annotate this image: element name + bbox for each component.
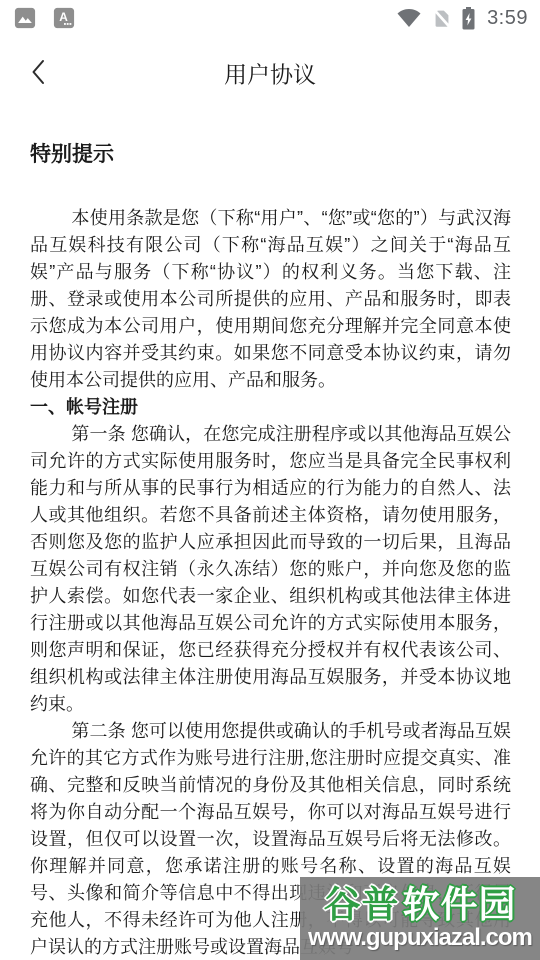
status-time: 3:59: [487, 7, 528, 30]
back-chevron-icon: [26, 58, 52, 89]
section-heading-special-notice: 特别提示: [30, 143, 511, 167]
no-sim-icon: [431, 7, 453, 29]
status-bar: A: [0, 0, 540, 36]
input-method-a-icon: A: [53, 7, 75, 29]
page-title: 用户协议: [224, 57, 316, 90]
app-screen: A: [0, 0, 540, 960]
watermark-logo-ruanjianyuan: 软件园: [403, 886, 517, 923]
back-button[interactable]: [18, 52, 60, 94]
watermark-logo: 谷普 软件园: [324, 886, 517, 923]
agreement-paragraph: 本使用条款是您（下称“用户”、“您”或“您的”）与武汉海品互娱科技有限公司（下称…: [30, 205, 511, 394]
watermark-url: www.gupuxiazal.com: [308, 924, 532, 952]
section-heading-account-registration: 一、帐号注册: [30, 394, 511, 421]
agreement-paragraph: 第一条 您确认，在您完成注册程序或以其他海品互娱公司允许的方式实际使用服务时，您…: [30, 421, 511, 718]
watermark-overlay: 谷普 软件园 www.gupuxiazal.com: [300, 877, 540, 960]
agreement-content: 特别提示 本使用条款是您（下称“用户”、“您”或“您的”）与武汉海品互娱科技有限…: [0, 110, 540, 960]
wifi-icon: [396, 7, 422, 29]
svg-text:A: A: [59, 10, 68, 24]
battery-charging-icon: [462, 7, 475, 30]
header: 用户协议: [0, 36, 540, 110]
screenshot-image-icon: [14, 7, 36, 29]
watermark-logo-gupu: 谷普: [324, 886, 400, 923]
